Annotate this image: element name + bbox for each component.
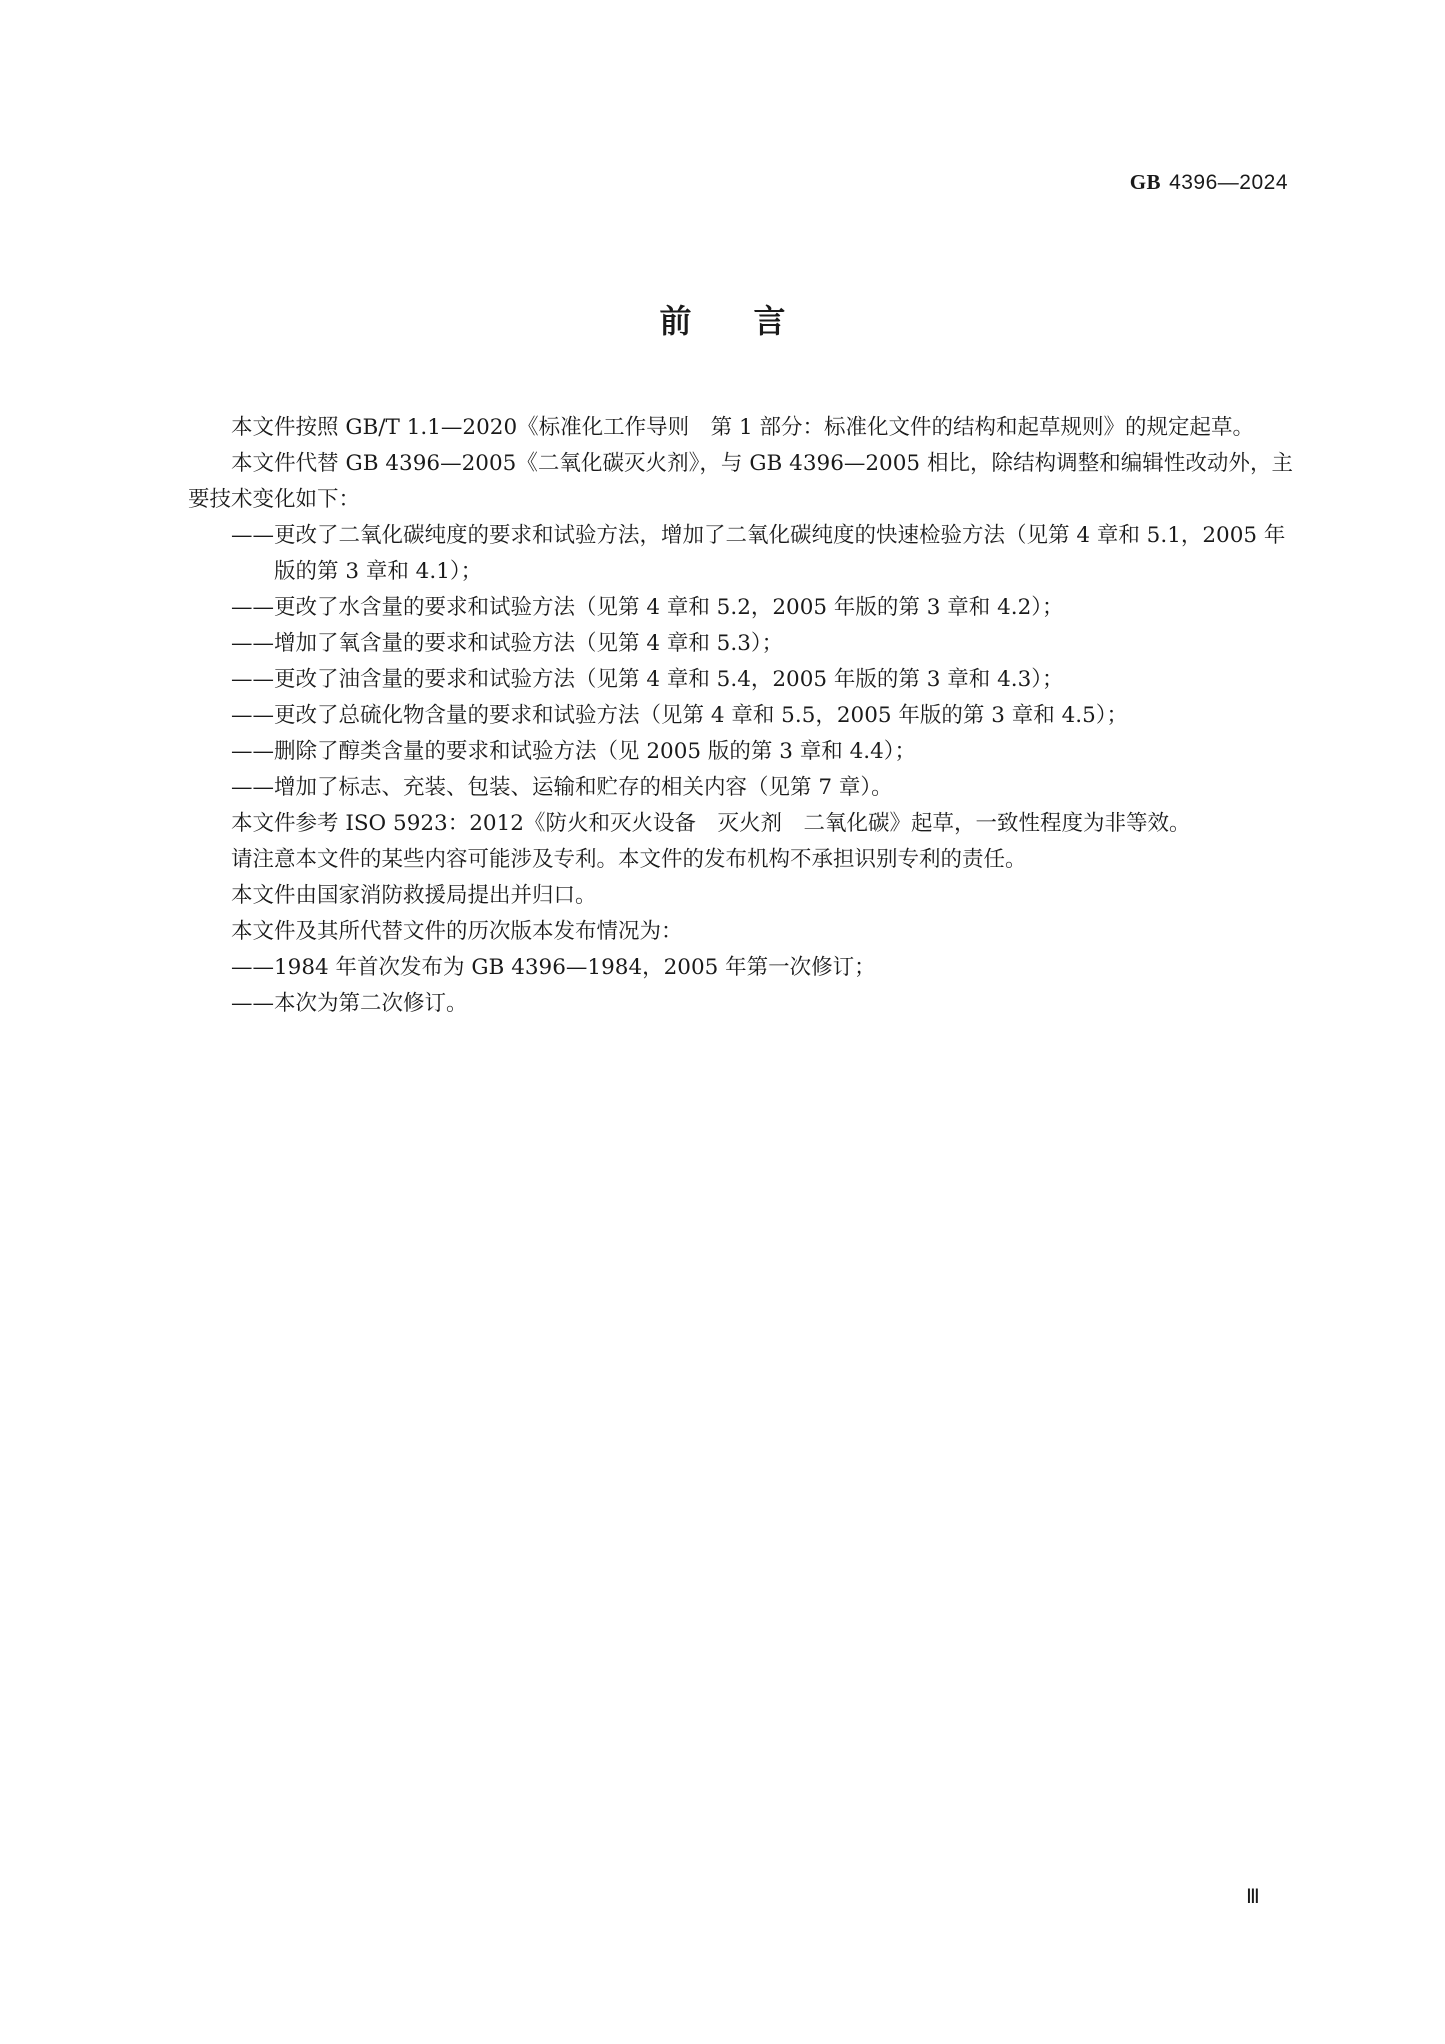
list-item: ——更改了二氧化碳纯度的要求和试验方法，增加了二氧化碳纯度的快速检验方法（见第 …	[188, 518, 1293, 590]
page-title: 前言	[0, 296, 1445, 342]
list-item: ——更改了总硫化物含量的要求和试验方法（见第 4 章和 5.5，2005 年版的…	[188, 698, 1293, 734]
paragraph: 本文件及其所代替文件的历次版本发布情况为：	[188, 914, 1293, 950]
list-item: ——本次为第二次修订。	[188, 986, 1293, 1022]
list-item: ——增加了氧含量的要求和试验方法（见第 4 章和 5.3）；	[188, 626, 1293, 662]
list-item: ——1984 年首次发布为 GB 4396—1984，2005 年第一次修订；	[188, 950, 1293, 986]
paragraph: 请注意本文件的某些内容可能涉及专利。本文件的发布机构不承担识别专利的责任。	[188, 842, 1293, 878]
list-item: ——增加了标志、充装、包装、运输和贮存的相关内容（见第 7 章）。	[188, 770, 1293, 806]
paragraph: 本文件按照 GB/T 1.1—2020《标准化工作导则 第 1 部分：标准化文件…	[188, 410, 1293, 446]
list-item: ——删除了醇类含量的要求和试验方法（见 2005 版的第 3 章和 4.4）；	[188, 734, 1293, 770]
standard-prefix: GB	[1130, 170, 1161, 194]
paragraph: 本文件由国家消防救援局提出并归口。	[188, 878, 1293, 914]
standard-number: 4396—2024	[1169, 171, 1288, 194]
list-item: ——更改了水含量的要求和试验方法（见第 4 章和 5.2，2005 年版的第 3…	[188, 590, 1293, 626]
page-number: Ⅲ	[1246, 1884, 1260, 1909]
paragraph: 本文件参考 ISO 5923：2012《防火和灭火设备 灭火剂 二氧化碳》起草，…	[188, 806, 1293, 842]
list-item: ——更改了油含量的要求和试验方法（见第 4 章和 5.4，2005 年版的第 3…	[188, 662, 1293, 698]
paragraph: 本文件代替 GB 4396—2005《二氧化碳灭火剂》，与 GB 4396—20…	[188, 446, 1293, 518]
foreword-body: 本文件按照 GB/T 1.1—2020《标准化工作导则 第 1 部分：标准化文件…	[188, 410, 1293, 1022]
document-header: GB4396—2024	[1130, 170, 1288, 195]
